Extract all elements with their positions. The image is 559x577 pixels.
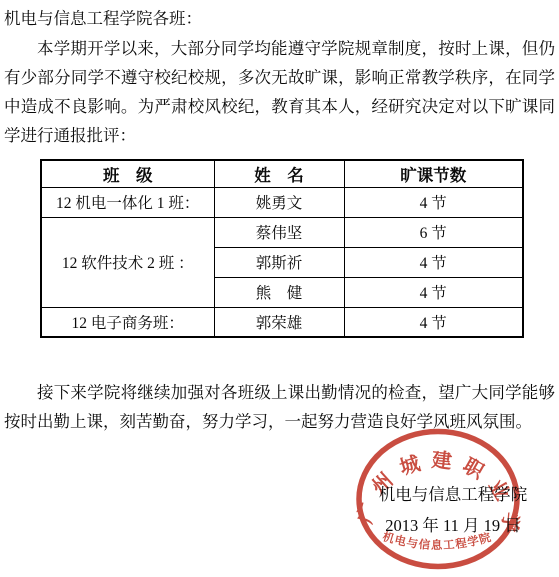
cell-student-name: 熊 健: [214, 277, 344, 307]
signature-date: 2013 年 11 月 19 日: [360, 510, 546, 541]
cell-class: 12 机电一体化 1 班：: [41, 187, 214, 217]
salutation-line: 机电与信息工程学院各班：: [4, 6, 555, 32]
table-header-row: 班 级 姓 名 旷课节数: [41, 160, 523, 187]
table-row: 12 软件技术 2 班 ： 蔡伟坚 6 节: [41, 217, 523, 247]
cell-absent-count: 6 节: [344, 217, 523, 247]
table-row: 12 机电一体化 1 班： 姚勇文 4 节: [41, 187, 523, 217]
cell-student-name: 郭斯祈: [214, 247, 344, 277]
cell-student-name: 郭荣雄: [214, 307, 344, 337]
cell-class: 12 电子商务班：: [41, 307, 214, 337]
signature-unit: 机电与信息工程学院: [360, 479, 546, 510]
header-class: 班 级: [41, 160, 214, 187]
signature-block: 机电与信息工程学院 2013 年 11 月 19 日: [360, 479, 546, 541]
cell-absent-count: 4 节: [344, 277, 523, 307]
body-paragraph-1: 本学期开学以来，大部分同学均能遵守学院规章制度，按时上课，但仍有少部分同学不遵守…: [4, 34, 555, 150]
body-paragraph-2: 接下来学院将继续加强对各班级上课出勤情况的检查，望广大同学能够按时出勤上课，刻苦…: [4, 378, 555, 436]
cell-absent-count: 4 节: [344, 307, 523, 337]
cell-absent-count: 4 节: [344, 247, 523, 277]
cell-student-name: 姚勇文: [214, 187, 344, 217]
cell-absent-count: 4 节: [344, 187, 523, 217]
header-absent-count: 旷课节数: [344, 160, 523, 187]
header-name: 姓 名: [214, 160, 344, 187]
absence-table: 班 级 姓 名 旷课节数 12 机电一体化 1 班： 姚勇文 4 节 12 软件…: [40, 159, 524, 338]
table-row: 12 电子商务班： 郭荣雄 4 节: [41, 307, 523, 337]
cell-student-name: 蔡伟坚: [214, 217, 344, 247]
cell-class-merged: 12 软件技术 2 班 ：: [41, 217, 214, 307]
